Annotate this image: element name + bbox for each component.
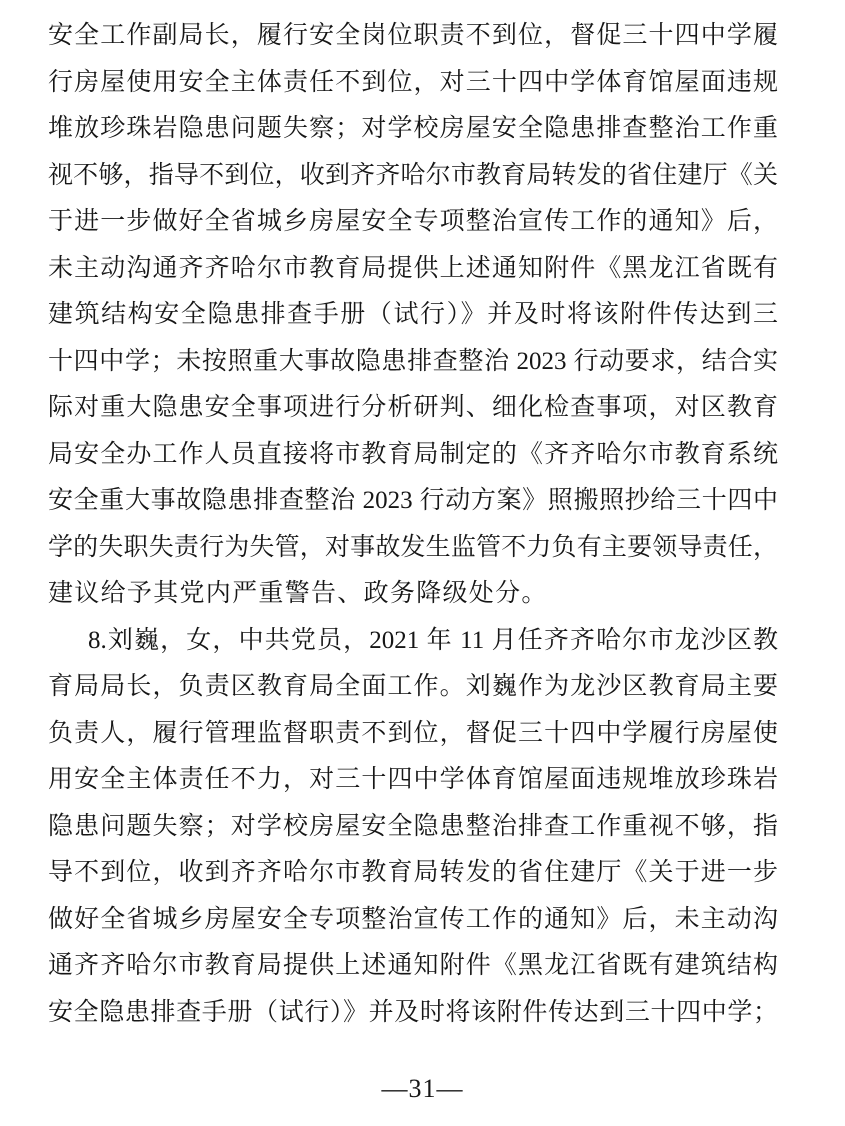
text-line: 用安全主体责任不力，对三十四中学体育馆屋面违规堆放珍珠岩 bbox=[48, 757, 778, 804]
text-line: 际对重大隐患安全事项进行分析研判、细化检查事项，对区教育 bbox=[48, 385, 778, 432]
text-line: 做好全省城乡房屋安全专项整治宣传工作的通知》后，未主动沟 bbox=[48, 897, 778, 944]
text-line: 视不够，指导不到位，收到齐齐哈尔市教育局转发的省住建厅《关 bbox=[48, 153, 778, 200]
text-line: 局安全办工作人员直接将市教育局制定的《齐齐哈尔市教育系统 bbox=[48, 432, 778, 479]
text-line: 安全工作副局长，履行安全岗位职责不到位，督促三十四中学履 bbox=[48, 13, 778, 60]
document-page: 安全工作副局长，履行安全岗位职责不到位，督促三十四中学履 行房屋使用安全主体责任… bbox=[0, 0, 845, 1126]
text-line: 负责人，履行管理监督职责不到位，督促三十四中学履行房屋使 bbox=[48, 711, 778, 758]
text-line: 行房屋使用安全主体责任不到位，对三十四中学体育馆屋面违规 bbox=[48, 60, 778, 107]
text-line: 未主动沟通齐齐哈尔市教育局提供上述通知附件《黑龙江省既有 bbox=[48, 246, 778, 293]
text-line: 通齐齐哈尔市教育局提供上述通知附件《黑龙江省既有建筑结构 bbox=[48, 943, 778, 990]
text-line: 建议给予其党内严重警告、政务降级处分。 bbox=[48, 571, 778, 618]
page-footer: —31— bbox=[0, 1072, 845, 1106]
text-line: 建筑结构安全隐患排查手册（试行）》并及时将该附件传达到三 bbox=[48, 292, 778, 339]
text-line: 于进一步做好全省城乡房屋安全专项整治宣传工作的通知》后， bbox=[48, 199, 778, 246]
paragraph-8: 8.刘巍，女，中共党员，2021 年 11 月任齐齐哈尔市龙沙区教 育局局长，负… bbox=[48, 618, 778, 1037]
page-number: —31— bbox=[382, 1074, 464, 1103]
text-line: 导不到位，收到齐齐哈尔市教育局转发的省住建厅《关于进一步 bbox=[48, 850, 778, 897]
text-line: 8.刘巍，女，中共党员，2021 年 11 月任齐齐哈尔市龙沙区教 bbox=[48, 618, 778, 665]
text-line: 学的失职失责行为失管，对事故发生监管不力负有主要领导责任， bbox=[48, 525, 778, 572]
text-line: 安全隐患排查手册（试行）》并及时将该附件传达到三十四中学； bbox=[48, 990, 778, 1037]
document-body: 安全工作副局长，履行安全岗位职责不到位，督促三十四中学履 行房屋使用安全主体责任… bbox=[48, 13, 778, 1036]
text-line: 育局局长，负责区教育局全面工作。刘巍作为龙沙区教育局主要 bbox=[48, 664, 778, 711]
text-line: 堆放珍珠岩隐患问题失察；对学校房屋安全隐患排查整治工作重 bbox=[48, 106, 778, 153]
paragraph-7-continuation: 安全工作副局长，履行安全岗位职责不到位，督促三十四中学履 行房屋使用安全主体责任… bbox=[48, 13, 778, 618]
text-line: 隐患问题失察；对学校房屋安全隐患整治排查工作重视不够，指 bbox=[48, 804, 778, 851]
text-line: 十四中学；未按照重大事故隐患排查整治 2023 行动要求，结合实 bbox=[48, 339, 778, 386]
text-line: 安全重大事故隐患排查整治 2023 行动方案》照搬照抄给三十四中 bbox=[48, 478, 778, 525]
